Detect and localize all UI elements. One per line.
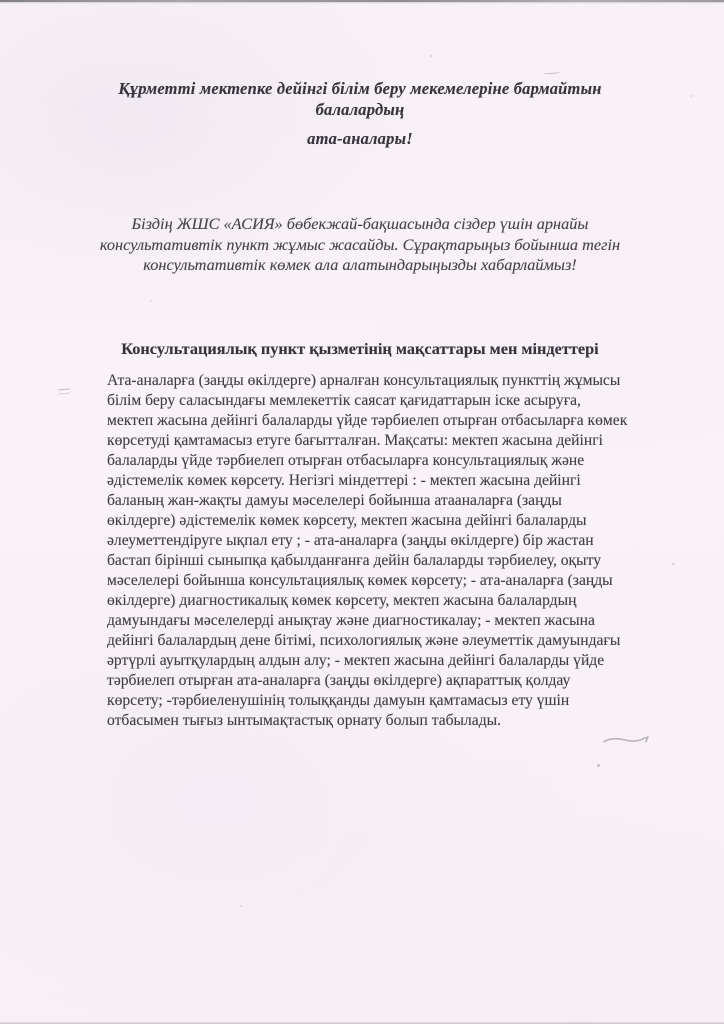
body-paragraph: Ата-аналарға (заңды өкілдерге) арналған … xyxy=(107,371,697,731)
scanned-document-page: Құрметті мектепке дейінгі білім беру мек… xyxy=(0,0,724,1024)
body-line: мектеп жасына дейінгі балаларды үйде тәр… xyxy=(107,411,697,431)
smudge-artifact-top xyxy=(543,68,561,75)
body-line: тәрбиелеп отырған ата-аналарға (заңды өк… xyxy=(107,671,697,691)
body-line: мәселелері бойынша консультациялық көмек… xyxy=(107,571,697,591)
body-line: отбасымен тығыз ынтымақтастық орнату бол… xyxy=(107,711,697,731)
scan-speckle xyxy=(690,95,692,97)
body-line: әртүрлі ауытқулардың алдын алу; - мектеп… xyxy=(107,651,697,671)
intro-line-2: консультативтік пункт жұмыс жасайды. Сұр… xyxy=(40,235,680,256)
scan-edge-shadow xyxy=(0,2,724,4)
body-line: білім беру саласындағы мемлекеттік саяса… xyxy=(107,391,697,411)
title-line-1: Құрметті мектепке дейінгі білім беру мек… xyxy=(50,78,670,99)
body-line: өкілдерге) әдістемелік көмек көрсету, ме… xyxy=(107,511,697,531)
body-line: баланың жан-жақты дамуы мәселелері бойын… xyxy=(107,491,697,511)
body-line: балаларды үйде тәрбиелеп отырған отбасыл… xyxy=(107,451,697,471)
body-line: көрсету; -тәрбиеленушінің толыққанды дам… xyxy=(107,691,697,711)
intro-line-3: консультативтік көмек ала алатындарыңызд… xyxy=(40,255,680,276)
pencil-mark-artifact xyxy=(601,731,654,754)
scan-speckle xyxy=(672,563,675,565)
document-title: Құрметті мектепке дейінгі білім беру мек… xyxy=(50,78,670,120)
body-line: Ата-аналарға (заңды өкілдерге) арналған … xyxy=(107,371,697,391)
intro-paragraph: Біздің ЖШС «АСИЯ» бөбекжай-бақшасында сі… xyxy=(40,214,680,276)
body-line: көрсетуді қамтамасыз етуге бағытталған. … xyxy=(107,431,697,451)
body-line: дейінгі балалардың дене бітімі, психолог… xyxy=(107,631,697,651)
scan-speckle xyxy=(597,764,600,767)
body-line: әдістемелік көмек көрсету. Негізгі мінде… xyxy=(107,471,697,491)
intro-line-1: Біздің ЖШС «АСИЯ» бөбекжай-бақшасында сі… xyxy=(40,214,680,235)
smudge-artifact xyxy=(58,388,70,394)
salutation: ата-аналары! xyxy=(50,129,670,149)
scan-speckle xyxy=(150,300,152,302)
body-line: өкілдерге) диагностикалық көмек көрсету,… xyxy=(107,591,697,611)
scan-speckle xyxy=(430,55,432,57)
body-line: бастап бірінші сыныпқа қабылданғанға дей… xyxy=(107,551,697,571)
section-title: Консультациялық пункт қызметінің мақсатт… xyxy=(50,339,670,359)
body-line: әлеуметтендіруге ықпал ету ; - ата-анала… xyxy=(107,531,697,551)
scan-speckle xyxy=(240,905,242,907)
body-line: дамуындағы мәселелерді анықтау және диаг… xyxy=(107,611,697,631)
title-line-2: балалардың xyxy=(50,99,670,120)
